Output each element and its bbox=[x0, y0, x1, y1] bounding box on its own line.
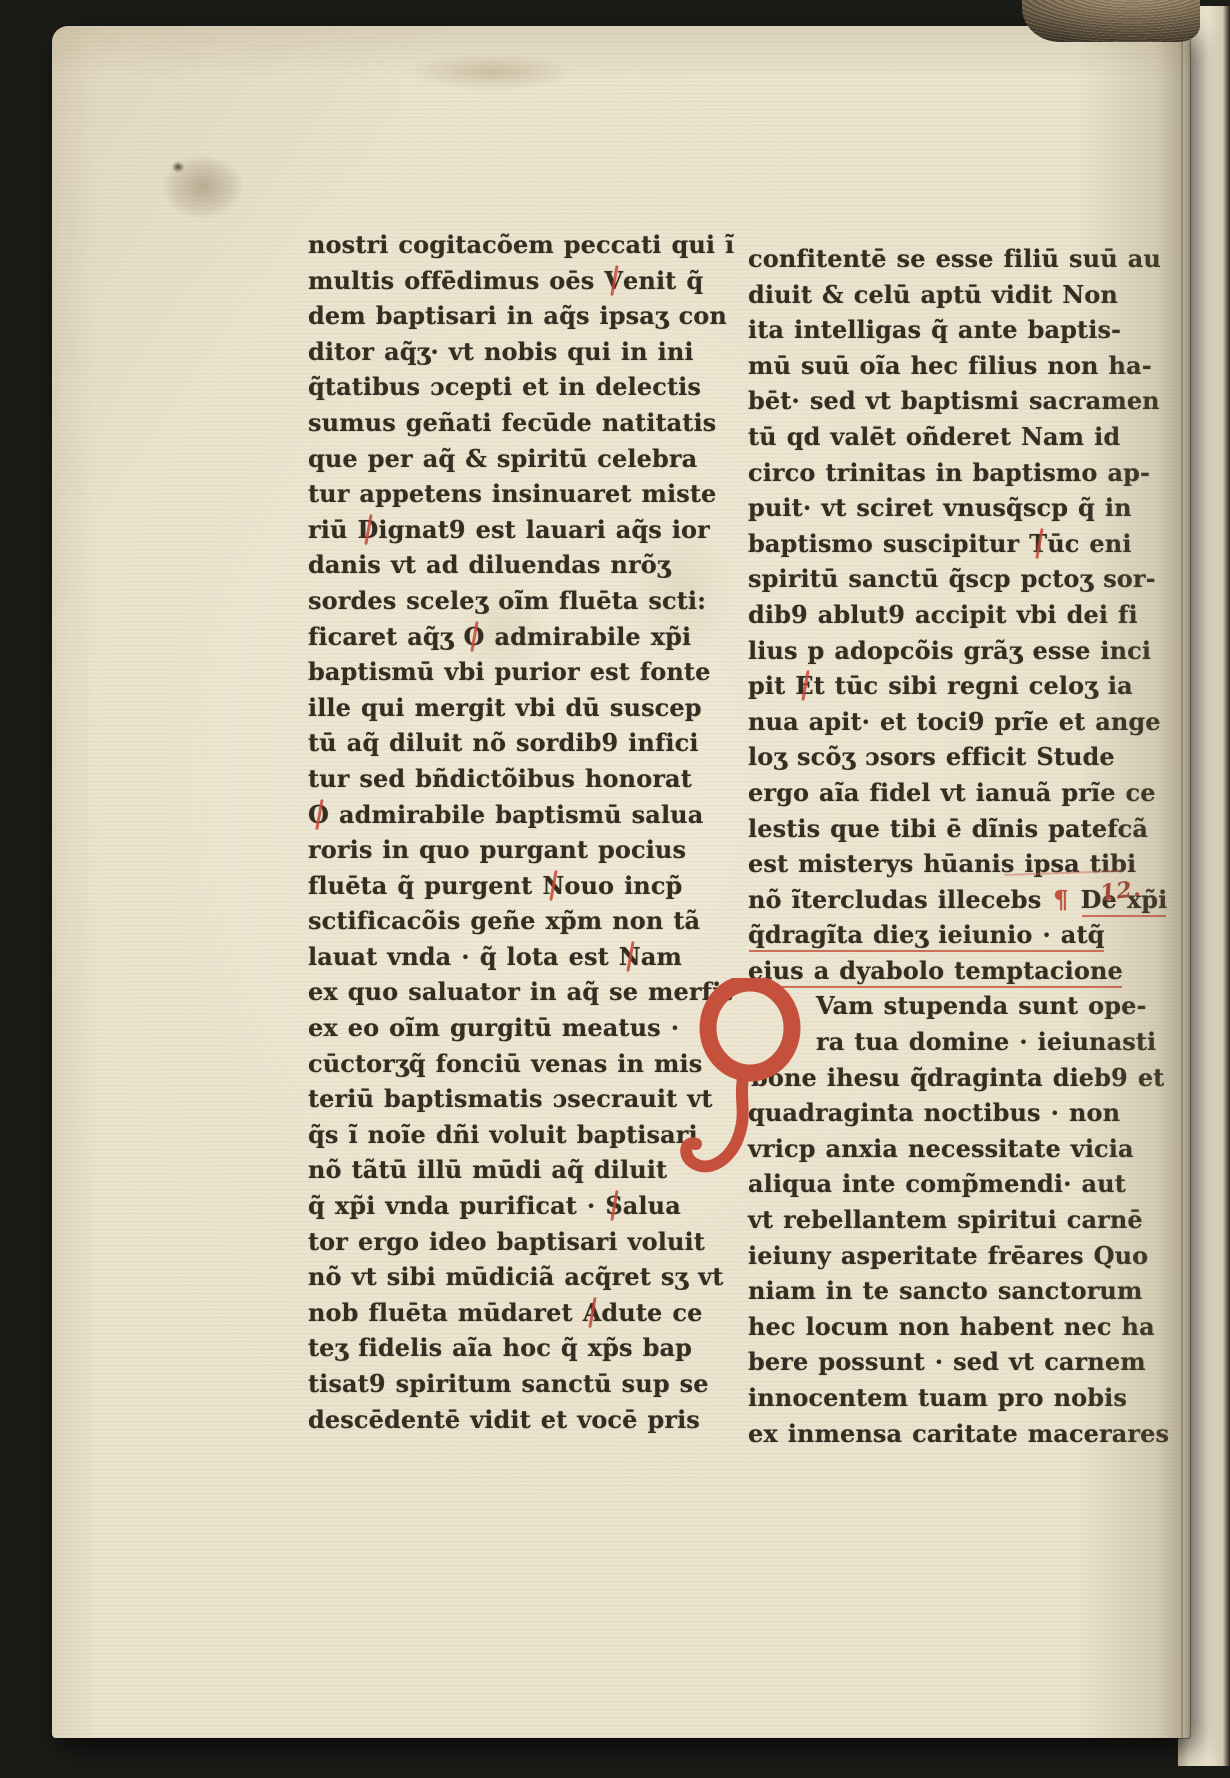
scanned-book-page: nostri cogitacõem peccati qui ĩmultis of… bbox=[0, 0, 1230, 1778]
text-line: ficaret aq̃ʒ O admirabile xp̃i bbox=[308, 619, 670, 655]
text-line: que per aq̃ & spiritū celebra bbox=[308, 441, 670, 477]
text-line: danis vt ad diluendas nrõʒ bbox=[308, 547, 670, 583]
text-line: ex eo oĩm gurgitū meatus · bbox=[308, 1010, 670, 1046]
paper-stain bbox=[382, 48, 602, 96]
text-line: innocentem tuam pro nobis bbox=[748, 1380, 1120, 1416]
rubricated-initial: V bbox=[604, 263, 623, 299]
paper-stain bbox=[170, 160, 186, 174]
text-line: bere possunt · sed vt carnem bbox=[748, 1344, 1120, 1380]
text-column-right: confitentē se esse filiū suū audiuit & c… bbox=[748, 241, 1120, 1451]
text-line: loʒ scõʒ ɔsors efficit Stude bbox=[748, 739, 1120, 775]
text-line: descēdentē vidit et vocē pris bbox=[308, 1402, 670, 1438]
text-line: tur sed bñdictõibus honorat bbox=[308, 761, 670, 797]
text-line: q̃dragĩta dieʒ ieiunio · atq̃ bbox=[748, 917, 1120, 953]
text-line: dem baptisari in aq̃s ipsaʒ con bbox=[308, 298, 670, 334]
text-line: teʒ fidelis aĩa hoc q̃ xp̃s bap bbox=[308, 1330, 670, 1366]
text-line: fluēta q̃ purgent Nouo incp̃ bbox=[308, 868, 670, 904]
text-line: est misterys hūanis ipsa tibi bbox=[748, 846, 1120, 882]
text-line: dib9 ablut9 accipit vbi dei fi bbox=[748, 597, 1120, 633]
rubricated-initial: S bbox=[605, 1188, 622, 1224]
rubricated-initial: O bbox=[463, 619, 484, 655]
text-line: tur appetens insinuaret miste bbox=[308, 476, 670, 512]
text-line: mū suū oĩa hec filius non ha- bbox=[748, 348, 1120, 384]
text-line: ille qui mergit vbi dū suscep bbox=[308, 690, 670, 726]
rubricated-initial: T bbox=[1029, 526, 1047, 562]
text-line: confitentē se esse filiū suū au bbox=[748, 241, 1120, 277]
text-line: teriū baptismatis ɔsecrauit vt bbox=[308, 1081, 670, 1117]
text-line: nua apit· et toci9 prĩe et ange bbox=[748, 704, 1120, 740]
paper-stain bbox=[148, 144, 258, 230]
text-line: circo trinitas in baptismo ap- bbox=[748, 455, 1120, 491]
text-line: nostri cogitacõem peccati qui ĩ bbox=[308, 227, 670, 263]
text-line: riū Dignat9 est lauari aq̃s ior bbox=[308, 512, 670, 548]
text-line: q̃s ĩ noĩe dñi voluit baptisari bbox=[308, 1117, 670, 1153]
text-line: ditor aq̃ʒ· vt nobis qui in ini bbox=[308, 334, 670, 370]
text-line: q̃tatibus ɔcepti et in delectis bbox=[308, 369, 670, 405]
textblock-edge-curl bbox=[1022, 0, 1200, 42]
text-line: vt rebellantem spiritui carnē bbox=[748, 1202, 1120, 1238]
text-line: spiritū sanctū q̃scp pctoʒ sor- bbox=[748, 561, 1120, 597]
text-line: ex quo saluator in aq̃ se merfit bbox=[308, 974, 670, 1010]
text-column-left: nostri cogitacõem peccati qui ĩmultis of… bbox=[308, 227, 670, 1437]
text-line: roris in quo purgant pocius bbox=[308, 832, 670, 868]
rubricated-initial: N bbox=[542, 868, 564, 904]
text-line: multis offēdimus oēs Venit q̃ bbox=[308, 263, 670, 299]
text-line: q̃ xp̃i vnda purificat · Salua bbox=[308, 1188, 670, 1224]
marginal-folio-mark: 12. bbox=[1099, 876, 1143, 907]
text-line: ita intelligas q̃ ante baptis- bbox=[748, 312, 1120, 348]
rubricated-initial: N bbox=[619, 939, 641, 975]
rubricated-initial: O bbox=[308, 797, 329, 833]
text-line: cūctorʒq̃ fonciū venas in mis bbox=[308, 1046, 670, 1082]
drop-cap-initial-q bbox=[678, 978, 818, 1173]
text-line: sctificacõis geñe xp̃m non tã bbox=[308, 903, 670, 939]
text-line: nob fluēta mūdaret Adute ce bbox=[308, 1295, 670, 1331]
text-line: O admirabile baptismū salua bbox=[308, 797, 670, 833]
text-line: niam in te sancto sanctorum bbox=[748, 1273, 1120, 1309]
text-line: nõ tãtū illū mūdi aq̃ diluit bbox=[308, 1152, 670, 1188]
text-line: hec locum non habent nec ha bbox=[748, 1309, 1120, 1345]
lombard-q-glyph bbox=[678, 978, 818, 1173]
text-line: tū aq̃ diluit nõ sordib9 infici bbox=[308, 725, 670, 761]
text-line: lauat vnda · q̃ lota est Nam bbox=[308, 939, 670, 975]
text-line: baptismū vbi purior est fonte bbox=[308, 654, 670, 690]
text-line: tū qd valēt oñderet Nam id bbox=[748, 419, 1120, 455]
text-line: bēt· sed vt baptismi sacramen bbox=[748, 383, 1120, 419]
text-line: ergo aĩa fidel vt ianuã prĩe ce bbox=[748, 775, 1120, 811]
pilcrow-mark: ¶ bbox=[1051, 885, 1070, 914]
text-line: tor ergo ideo baptisari voluit bbox=[308, 1224, 670, 1260]
text-line: puit· vt sciret vnusq̃scp q̃ in bbox=[748, 490, 1120, 526]
text-line: nõ vt sibi mūdiciã acq̃ret sʒ vt bbox=[308, 1259, 670, 1295]
text-line: lius p adopcõis grãʒ esse inci bbox=[748, 633, 1120, 669]
rubricated-initial: A bbox=[583, 1295, 602, 1331]
rubricated-initial: D bbox=[357, 512, 378, 548]
text-line: sumus geñati fecūde natitatis bbox=[308, 405, 670, 441]
book-leaf: nostri cogitacõem peccati qui ĩmultis of… bbox=[52, 26, 1190, 1738]
text-line: baptismo suscipitur Tūc eni bbox=[748, 526, 1120, 562]
text-line: sordes sceleʒ oĩm fluēta scti: bbox=[308, 583, 670, 619]
text-line: diuit & celū aptū vidit Non bbox=[748, 277, 1120, 313]
text-line: pit Et tūc sibi regni celoʒ ia bbox=[748, 668, 1120, 704]
fore-edge-crease bbox=[1181, 26, 1183, 1738]
text-line: ex inmensa caritate macerares bbox=[748, 1416, 1120, 1452]
text-line: lestis que tibi ē dĩnis patefcã bbox=[748, 811, 1120, 847]
rubricated-initial: E bbox=[795, 668, 813, 704]
red-underlined-text: q̃dragĩta dieʒ ieiunio · atq̃ bbox=[748, 920, 1105, 950]
text-line: nõ ĩtercludas illecebs ¶ De xp̃i bbox=[748, 882, 1120, 918]
text-line: ieiuny asperitate frēares Quo bbox=[748, 1238, 1120, 1274]
text-line: tisat9 spiritum sanctū sup se bbox=[308, 1366, 670, 1402]
